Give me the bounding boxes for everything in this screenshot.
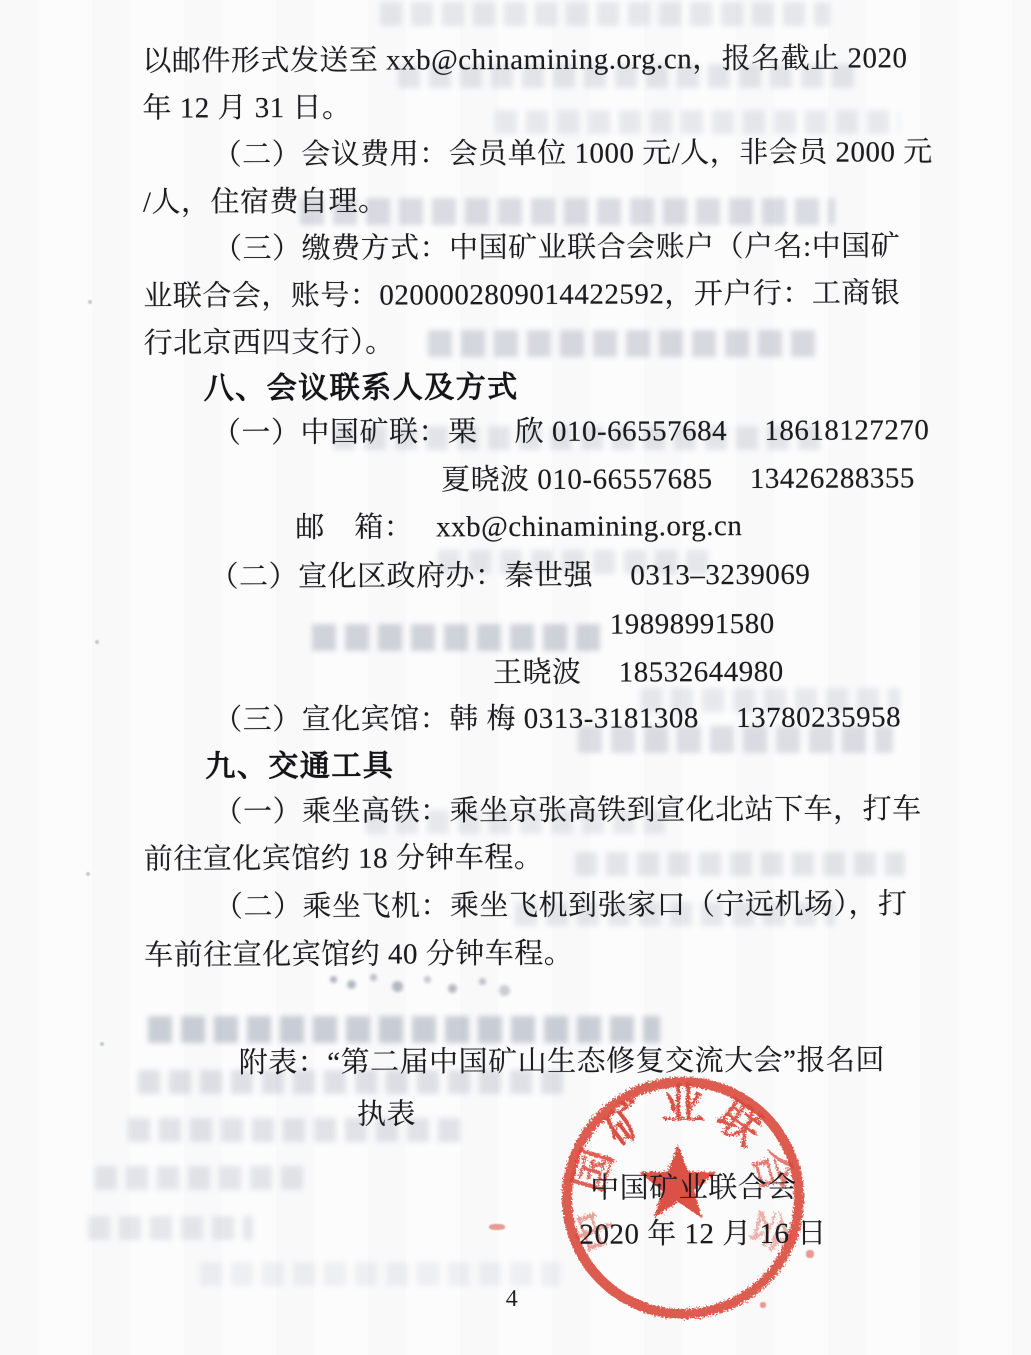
line-contact-gov-wang: 王晓波 18532644980 bbox=[493, 656, 784, 690]
document-page: 中 国 矿 业 联 合 会 以邮件形式发送至 xxb@chinamining.o… bbox=[0, 0, 1031, 1355]
line-contact-cml-2: 夏晓波 010-66557685 13426288355 bbox=[441, 462, 915, 497]
line-contact-email: 邮 箱： xxb@chinamining.org.cn bbox=[295, 510, 742, 545]
line-payment-account: 业联合会，账号：0200002809014422592，开户行：工商银 bbox=[143, 277, 900, 313]
line-contact-cml: （一）中国矿联：栗 欣 010-66557684 18618127270 bbox=[212, 414, 930, 450]
signature-org: 中国矿业联合会 bbox=[590, 1172, 797, 1206]
line-payment-bank: 行北京西四支行）。 bbox=[143, 327, 394, 361]
line-train-cont: 前往宣化宾馆约 18 分钟车程。 bbox=[144, 842, 544, 877]
heading-contacts: 八、会议联系人及方式 bbox=[204, 371, 519, 405]
line-payment: （三）缴费方式：中国矿业联合会账户（户名:中国矿 bbox=[213, 230, 900, 266]
line-attachment-cont: 执表 bbox=[357, 1098, 416, 1131]
line-deadline-cont: 年 12 月 31 日。 bbox=[142, 92, 351, 126]
document-body: 以邮件形式发送至 xxb@chinamining.org.cn，报名截止 202… bbox=[0, 0, 1031, 1355]
line-contact-gov-phone2: 19898991580 bbox=[610, 608, 775, 642]
line-contact-gov: （二）宣化区政府办：秦世强 0313–3239069 bbox=[209, 559, 810, 595]
line-email-deadline: 以邮件形式发送至 xxb@chinamining.org.cn，报名截止 202… bbox=[142, 42, 907, 78]
line-train: （一）乘坐高铁：乘坐京张高铁到宣化北站下车，打车 bbox=[214, 793, 922, 829]
signature-date: 2020 年 12 月 16 日 bbox=[579, 1218, 826, 1252]
heading-transport: 九、交通工具 bbox=[205, 750, 394, 784]
line-fee-cont: /人，住宿费自理。 bbox=[143, 186, 388, 220]
page-number: 4 bbox=[506, 1286, 518, 1313]
line-plane: （二）乘坐飞机：乘坐飞机到张家口（宁远机场），打 bbox=[214, 888, 908, 924]
line-attachment: 附表：“第二届中国矿山生态修复交流大会”报名回 bbox=[239, 1044, 885, 1080]
line-contact-hotel: （三）宣化宾馆：韩 梅 0313-3181308 13780235958 bbox=[213, 701, 901, 737]
line-fee: （二）会议费用：会员单位 1000 元/人，非会员 2000 元 bbox=[213, 136, 933, 172]
line-plane-cont: 车前往宣化宾馆约 40 分钟车程。 bbox=[144, 938, 573, 973]
